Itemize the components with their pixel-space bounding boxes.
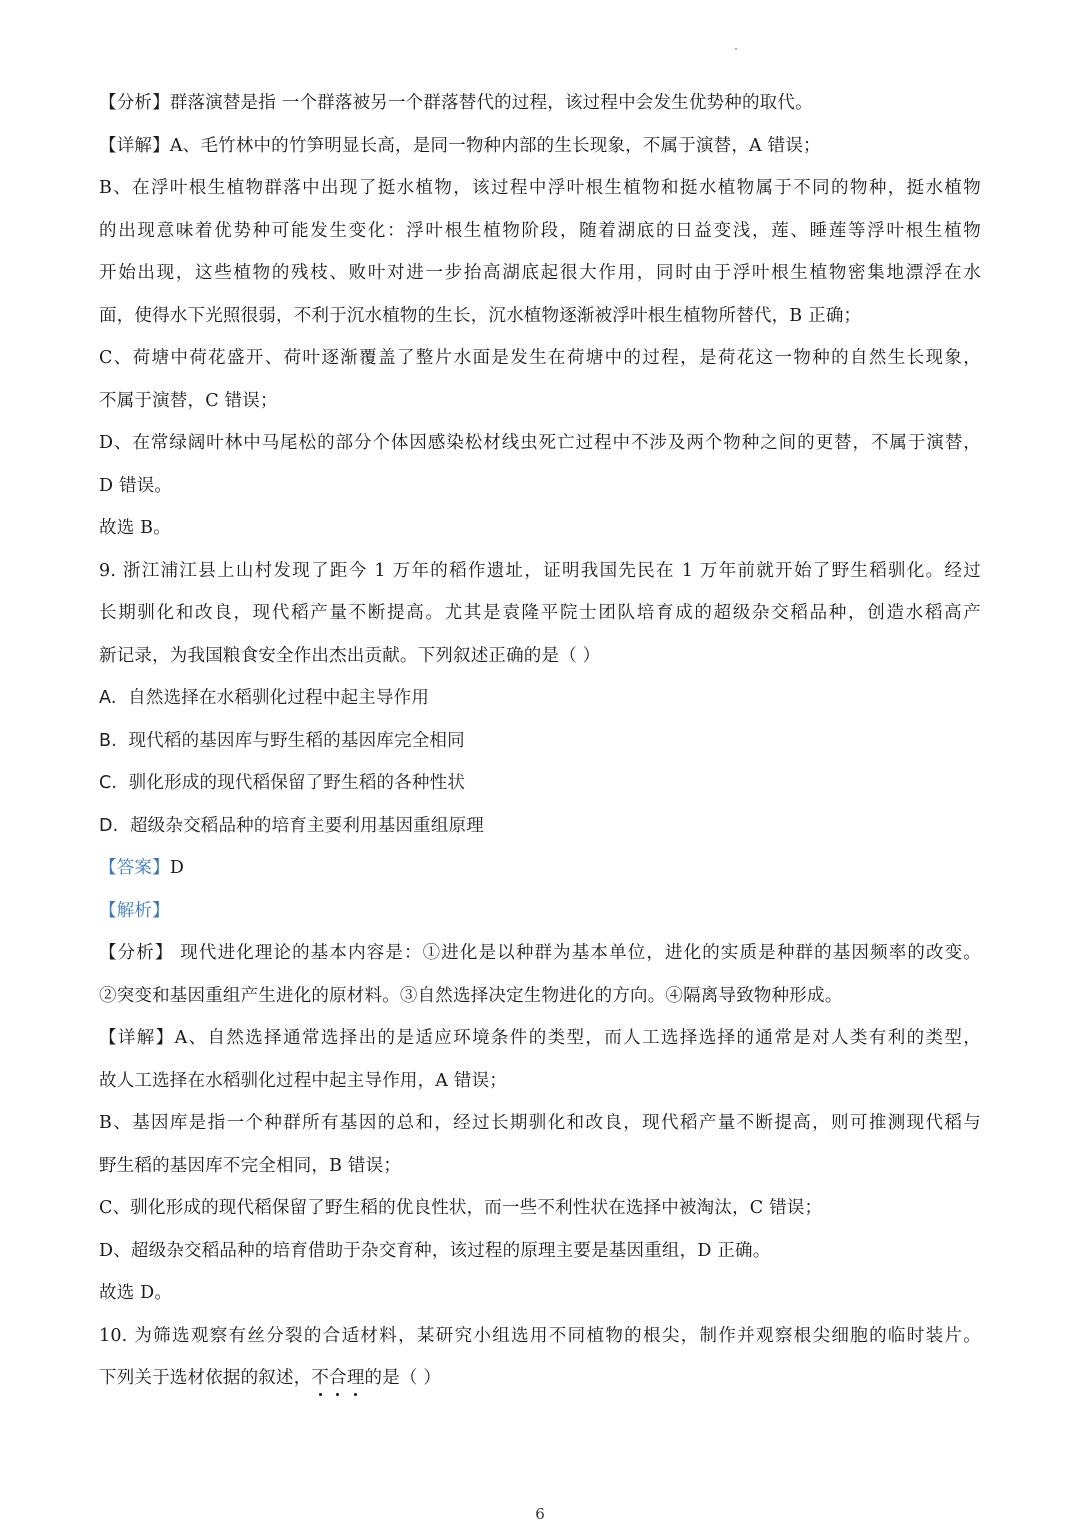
- q8-detail-line-3: 的出现意味着优势种可能发生变化：浮叶根生植物阶段，随着湖底的日益变浅，莲、睡莲等…: [99, 219, 981, 243]
- q8-detail-line-9: D 错误。: [99, 474, 999, 498]
- q8-detail-line-7: 不属于演替，C 错误；: [99, 389, 999, 413]
- emphasis-char: 理: [347, 1366, 365, 1390]
- q9-detail-line-4: 野生稻的基因库不完全相同，B 错误；: [99, 1154, 999, 1178]
- option-text: 现代稻的基因库与野生稻的基因库完全相同: [129, 731, 465, 751]
- stem-text-after: 的是（ ）: [365, 1368, 442, 1388]
- option-text: 自然选择在水稻驯化过程中起主导作用: [128, 688, 429, 708]
- option-text: 超级杂交稻品种的培育主要利用基因重组原理: [130, 816, 484, 836]
- q9-detail-line-1: 【详解】A、自然选择通常选择出的是适应环境条件的类型，而人工选择选择的通常是对人…: [99, 1026, 981, 1050]
- q9-option-c: C. 驯化形成的现代稻保留了野生稻的各种性状: [99, 771, 999, 795]
- q8-analysis-paragraph: 【分析】群落演替是指 一个群落被另一个群落替代的过程，该过程中会发生优势种的取代…: [99, 91, 999, 115]
- q9-conclusion: 故选 D。: [99, 1281, 999, 1305]
- q8-detail-line-4: 开始出现，这些植物的残枝、败叶对进一步抬高湖底起很大作用，同时由于浮叶根生植物密…: [99, 261, 981, 285]
- q9-answer: 【答案】D: [99, 856, 999, 880]
- option-letter: A.: [99, 688, 117, 708]
- q8-detail-line-2: B、在浮叶根生植物群落中出现了挺水植物，该过程中浮叶根生植物和挺水植物属于不同的…: [99, 176, 981, 200]
- q9-detail-line-6: D、超级杂交稻品种的培育借助于杂交育种，该过程的原理主要是基因重组，D 正确。: [99, 1239, 999, 1263]
- option-letter: D.: [99, 816, 118, 836]
- detail-label: 【详解】: [99, 136, 170, 156]
- analysis-text: 群落演替是指 一个群落被另一个群落替代的过程，该过程中会发生优势种的取代。: [170, 93, 813, 113]
- page-number: 6: [0, 1505, 1080, 1523]
- document-page: 【分析】群落演替是指 一个群落被另一个群落替代的过程，该过程中会发生优势种的取代…: [0, 0, 1080, 1527]
- answer-label: 【答案】: [99, 858, 170, 878]
- q8-detail-line-1: 【详解】A、毛竹林中的竹笋明显长高，是同一物种内部的生长现象，不属于演替，A 错…: [99, 134, 999, 158]
- q9-analysis-line-2: ②突变和基因重组产生进化的原材料。③自然选择决定生物进化的方向。④隔离导致物种形…: [99, 984, 999, 1008]
- answer-value: D: [170, 858, 184, 878]
- detail-label: 【详解】: [99, 1028, 175, 1048]
- detail-text: A、自然选择通常选择出的是适应环境条件的类型，而人工选择选择的通常是对人类有利的…: [175, 1028, 981, 1048]
- q10-stem-line-2: 下列关于选材依据的叙述，不合理的是（ ）: [99, 1366, 999, 1390]
- analysis-label: 【分析】: [99, 93, 170, 113]
- page-mark-dot: [735, 48, 737, 50]
- q9-option-b: B. 现代稻的基因库与野生稻的基因库完全相同: [99, 729, 999, 753]
- q9-option-a: A. 自然选择在水稻驯化过程中起主导作用: [99, 686, 999, 710]
- stem-text-before: 下列关于选材依据的叙述，: [99, 1368, 311, 1388]
- q9-detail-line-2: 故人工选择在水稻驯化过程中起主导作用，A 错误；: [99, 1069, 999, 1093]
- emphasis-char: 不: [311, 1366, 329, 1390]
- q9-stem-line-2: 长期驯化和改良，现代稻产量不断提高。尤其是袁隆平院士团队培育成的超级杂交稻品种，…: [99, 601, 981, 625]
- q9-stem-line-1: 9. 浙江浦江县上山村发现了距今 1 万年的稻作遗址，证明我国先民在 1 万年前…: [99, 559, 981, 583]
- q9-detail-line-5: C、驯化形成的现代稻保留了野生稻的优良性状，而一些不利性状在选择中被淘汰，C 错…: [99, 1196, 999, 1220]
- analysis-label: 【分析】: [99, 943, 174, 963]
- emphasis-char: 合: [329, 1366, 347, 1390]
- option-text: 驯化形成的现代稻保留了野生稻的各种性状: [129, 773, 465, 793]
- q8-detail-line-5: 面，使得水下光照很弱，不利于沉水植物的生长，沉水植物逐渐被浮叶根生植物所替代，B…: [99, 304, 999, 328]
- option-letter: C.: [99, 773, 117, 793]
- q9-analysis-line-1: 【分析】 现代进化理论的基本内容是：①进化是以种群为基本单位，进化的实质是种群的…: [99, 941, 981, 965]
- detail-text: A、毛竹林中的竹笋明显长高，是同一物种内部的生长现象，不属于演替，A 错误；: [170, 136, 821, 156]
- q9-stem-line-3: 新记录，为我国粮食安全作出杰出贡献。下列叙述正确的是（ ）: [99, 644, 999, 668]
- analysis-text: 现代进化理论的基本内容是：①进化是以种群为基本单位，进化的实质是种群的基因频率的…: [174, 943, 981, 963]
- q8-conclusion: 故选 B。: [99, 516, 999, 540]
- q10-stem-line-1: 10. 为筛选观察有丝分裂的合适材料，某研究小组选用不同植物的根尖，制作并观察根…: [99, 1324, 981, 1348]
- option-letter: B.: [99, 731, 117, 751]
- q9-explanation-label: 【解析】: [99, 899, 999, 923]
- q9-detail-line-3: B、基因库是指一个种群所有基因的总和，经过长期驯化和改良，现代稻产量不断提高，则…: [99, 1111, 981, 1135]
- q8-detail-line-8: D、在常绿阔叶林中马尾松的部分个体因感染松材线虫死亡过程中不涉及两个物种之间的更…: [99, 431, 981, 455]
- emphasized-text-not-reasonable: 不合理: [311, 1368, 364, 1388]
- q9-option-d: D. 超级杂交稻品种的培育主要利用基因重组原理: [99, 814, 999, 838]
- q8-detail-line-6: C、荷塘中荷花盛开、荷叶逐渐覆盖了整片水面是发生在荷塘中的过程，是荷花这一物种的…: [99, 346, 981, 370]
